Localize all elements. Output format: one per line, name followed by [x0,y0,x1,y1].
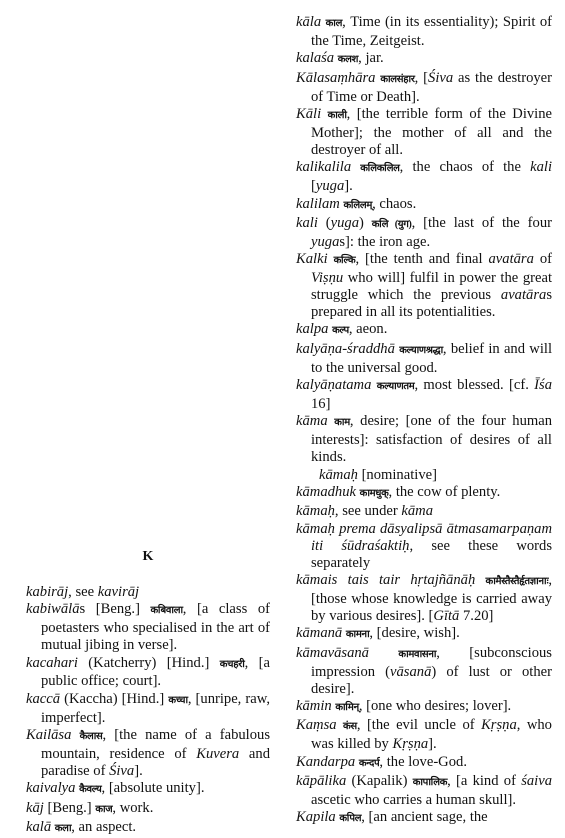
definition: , the love-God. [379,754,467,770]
headword: kaccā [26,691,60,707]
devanagari-term: कलि (युग) [372,219,412,230]
headword: kalyāṇatama [296,377,371,393]
headword: kāmin [296,698,332,714]
definition: , the cow of plenty. [389,484,501,500]
definition: , [the terrible form of the Divine Mothe… [311,106,552,158]
devanagari-term: कल्याणश्रद्धा [399,345,443,356]
headword: Kalki [296,251,328,267]
devanagari-term: कामना [346,629,370,640]
headword: Kāli [296,106,321,122]
glossary-entry: kalikalila कलिकलिल, the chaos of the kal… [296,159,552,195]
glossary-entry: kāj [Beng.] काज, work. [26,800,270,819]
definition: , [an ancient sage, the [361,809,487,825]
devanagari-term: कल्कि [334,255,356,266]
left-column: K kabirāj, see kavirāj kabiwālās [Beng.]… [26,549,270,838]
devanagari-term: काज [95,804,112,815]
glossary-entry: kaccā (Kaccha) [Hind.] कच्चा, [unripe, r… [26,691,270,727]
glossary-entry: kāmin कामिन्, [one who desires; lover]. [296,698,552,717]
devanagari-term: कन्दर्प [359,758,380,769]
devanagari-term: काल [326,18,342,29]
glossary-entry: kalilam कलिलम्, chaos. [296,196,552,215]
glossary-entry: kabiwālās [Beng.] कबिवाला, [a class of p… [26,601,270,654]
definition: , an aspect. [71,819,136,835]
definition: , aeon. [349,321,388,337]
headword: kalā [26,819,51,835]
cross-reference: kāma [401,503,433,519]
headword: kali [296,215,318,231]
glossary-entry: kāmais tais tair hṛtajñānāḥ कामैस्तैस्तै… [296,572,552,625]
devanagari-term: कचहरी [220,659,245,670]
glossary-entry: kalā कला, an aspect. [26,819,270,838]
glossary-entry: kalpa कल्प, aeon. [296,321,552,340]
definition: , work. [112,800,153,816]
definition: , [desire, wish]. [369,625,459,641]
devanagari-term: कलिकलिल [360,163,399,174]
devanagari-term: कैवल्य [79,784,101,795]
devanagari-term: कामवासना [398,649,436,660]
headword: Kaṃsa [296,717,337,733]
devanagari-term: कामधुक् [360,488,389,499]
devanagari-term: कामिन् [335,702,359,713]
headword: kalaśa [296,50,334,66]
headword: kaivalya [26,780,75,796]
glossary-entry: kāmanā कामना, [desire, wish]. [296,625,552,644]
definition: , [one who desires; lover]. [359,698,511,714]
headword: kāmais tais tair hṛtajñānāḥ [296,572,475,588]
headword: kāmaḥ [296,503,335,519]
glossary-subentry: kāmaḥ [nominative] [296,467,552,484]
devanagari-term: कल्याणतम [377,381,415,392]
glossary-entry: Kālasaṃhāra कालसंहार, [Śiva as the destr… [296,70,552,106]
devanagari-term: कापालिक [413,777,447,788]
headword: Kālasaṃhāra [296,70,375,86]
glossary-entry: kāma काम, desire; [one of the four human… [296,413,552,466]
headword: kāmanā [296,625,342,641]
devanagari-term: कला [55,823,71,834]
glossary-entry: kalyāṇa-śraddhā कल्याणश्रद्धा, belief in… [296,341,552,377]
glossary-entry: kalyāṇatama कल्याणतम, most blessed. [cf.… [296,377,552,413]
definition: , [absolute unity]. [102,780,205,796]
glossary-entry: kalaśa कलश, jar. [296,50,552,69]
headword: kāmavāsanā [296,645,369,661]
devanagari-term: कल्प [332,325,349,336]
headword: kāpālika [296,773,346,789]
headword: Kapila [296,809,336,825]
glossary-entry: kacahari (Katcherry) [Hind.] कचहरी, [a p… [26,655,270,691]
devanagari-term: कामैस्तैस्तैर्हृतज्ञानाः [486,576,549,587]
glossary-entry: kāpālika (Kapalik) कापालिक, [a kind of ś… [296,773,552,809]
headword: Kailāsa [26,727,71,743]
devanagari-term: कबिवाला [150,605,182,616]
glossary-entry: kāla काल, Time (in its essentiality); Sp… [296,14,552,50]
devanagari-term: कलश [338,54,358,65]
headword: Kandarpa [296,754,355,770]
glossary-entry: Kandarpa कन्दर्प, the love-God. [296,754,552,773]
glossary-entry: kali (yuga) कलि (युग), [the last of the … [296,215,552,251]
headword: kāmadhuk [296,484,356,500]
definition: , chaos. [372,196,416,212]
glossary-entry: kāmaḥ, see under kāma [296,503,552,520]
headword: kacahari [26,655,78,671]
devanagari-term: काम [334,417,350,428]
headword: kalpa [296,321,328,337]
headword: kalyāṇa-śraddhā [296,341,395,357]
glossary-entry: kaivalya कैवल्य, [absolute unity]. [26,780,270,799]
devanagari-term: काली [328,110,347,121]
glossary-entry: Kapila कपिल, [an ancient sage, the [296,809,552,828]
cross-reference: kavirāj [98,584,139,600]
devanagari-term: कालसंहार [380,74,414,85]
headword: kabiwālā [26,601,80,617]
headword: kāmaḥ [319,467,358,483]
glossary-entry: Kāli काली, [the terrible form of the Div… [296,106,552,159]
headword: kalikalila [296,159,351,175]
headword: kāj [26,800,44,816]
glossary-entry: kāmaḥ prema dāsyalipsā ātmasamarpaṇam it… [296,521,552,572]
headword: kāla [296,14,321,30]
glossary-entry: Kailāsa कैलास, [the name of a fabulous m… [26,727,270,780]
glossary-entry: kabirāj, see kavirāj [26,584,270,601]
glossary-entry: kāmadhuk कामधुक्, the cow of plenty. [296,484,552,503]
section-letter-heading: K [26,549,270,566]
headword: kabirāj [26,584,68,600]
devanagari-term: कच्चा [168,695,188,706]
devanagari-term: कैलास [80,731,103,742]
glossary-entry: kāmavāsanā कामवासना, [subconscious impre… [296,645,552,698]
definition: , Time (in its essentiality); Spirit of … [311,14,552,49]
devanagari-term: कपिल [339,813,361,824]
devanagari-term: कंस [343,721,357,732]
glossary-entry: Kaṃsa कंस, [the evil uncle of Kṛṣṇa, who… [296,717,552,753]
glossary-entry: Kalki कल्कि, [the tenth and final avatār… [296,251,552,321]
right-column: kāla काल, Time (in its essentiality); Sp… [296,14,552,829]
headword: kāma [296,413,328,429]
devanagari-term: कलिलम् [343,200,372,211]
definition: , jar. [358,50,384,66]
headword: kalilam [296,196,340,212]
